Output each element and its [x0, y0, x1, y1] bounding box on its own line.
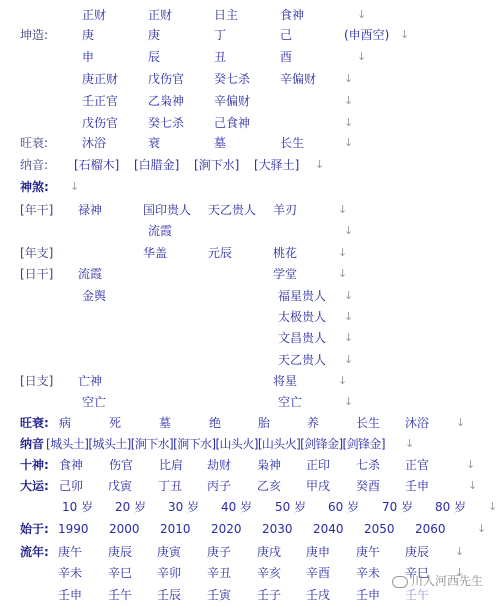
annual-pillar: 庚午 [58, 545, 82, 559]
wechat-icon [392, 576, 408, 588]
arrow-icon: ↓ [357, 50, 366, 64]
arrow-icon: ↓ [70, 180, 79, 194]
annual-pillar: 庚子 [207, 545, 231, 559]
ten-god-value: 食神 [59, 458, 83, 472]
luck-age: 60 岁 [328, 500, 359, 514]
ten-god-value: 比肩 [159, 458, 183, 472]
nayin-value: [大驿土] [254, 158, 299, 172]
nayin-value: [石榴木] [74, 158, 119, 172]
cycle-nayin-label: 纳音 [20, 437, 44, 451]
start-years-label: 始于: [20, 522, 49, 536]
luck-age: 20 岁 [115, 500, 146, 514]
stem-month: 庚 [148, 28, 160, 42]
luck-age: 50 岁 [275, 500, 306, 514]
hidden-stem: 己食神 [214, 116, 250, 130]
shensha-group-label: [日干] [20, 267, 53, 281]
arrow-icon: ↓ [344, 136, 353, 150]
shensha-item: 空亡 [82, 395, 106, 409]
ten-god-day: 日主 [214, 8, 238, 22]
arrow-icon: ↓ [338, 374, 347, 388]
annual-pillar: 庚辰 [405, 545, 429, 559]
wangshuai-value: 长生 [280, 136, 304, 150]
shensha-group-label: [年支] [20, 246, 53, 260]
start-year: 2060 [415, 522, 446, 536]
annual-pillar: 壬午 [405, 588, 429, 602]
ten-god-value: 伤官 [109, 458, 133, 472]
shensha-item: 空亡 [278, 395, 302, 409]
shensha-group-label: [年干] [20, 203, 53, 217]
luck-pillar: 甲戌 [306, 479, 330, 493]
annual-pillar: 辛未 [356, 566, 380, 580]
shensha-item: 华盖 [143, 246, 167, 260]
ten-god-value: 枭神 [257, 458, 281, 472]
hidden-stem: 辛偏财 [280, 72, 316, 86]
hidden-stem: 辛偏财 [214, 94, 250, 108]
start-year: 2040 [313, 522, 344, 536]
cycle-wangshuai-value: 死 [109, 416, 121, 430]
annual-pillar: 壬午 [108, 588, 132, 602]
ten-god-value: 正官 [405, 458, 429, 472]
hidden-stem: 癸七杀 [214, 72, 250, 86]
annual-pillar: 辛卯 [157, 566, 181, 580]
annual-pillar: 辛酉 [306, 566, 330, 580]
hidden-stem: 癸七杀 [148, 116, 184, 130]
branch-day: 丑 [214, 50, 226, 64]
shensha-item: 太极贵人 [278, 310, 326, 324]
start-year: 2050 [364, 522, 395, 536]
wangshuai-value: 衰 [148, 136, 160, 150]
start-year: 2020 [211, 522, 242, 536]
shensha-item: 天乙贵人 [208, 203, 256, 217]
luck-pillar: 戊寅 [108, 479, 132, 493]
arrow-icon: ↓ [477, 522, 486, 536]
shensha-item: 桃花 [273, 246, 297, 260]
start-year: 2030 [262, 522, 293, 536]
arrow-icon: ↓ [338, 246, 347, 260]
branch-month: 辰 [148, 50, 160, 64]
luck-age: 40 岁 [221, 500, 252, 514]
ten-gods-label: 十神: [20, 458, 49, 472]
luck-pillar: 己卯 [59, 479, 83, 493]
annual-pillar: 壬辰 [157, 588, 181, 602]
hidden-stem: 戊伤官 [82, 116, 118, 130]
arrow-icon: ↓ [344, 94, 353, 108]
luck-age: 70 岁 [382, 500, 413, 514]
luck-age: 10 岁 [62, 500, 93, 514]
annual-pillar: 庚戌 [257, 545, 281, 559]
luck-pillars-label: 大运: [20, 479, 49, 493]
arrow-icon: ↓ [468, 479, 477, 493]
arrow-icon: ↓ [344, 116, 353, 130]
shensha-item: 学堂 [273, 267, 297, 281]
annual-pillar: 辛亥 [257, 566, 281, 580]
start-year: 2000 [109, 522, 140, 536]
shensha-item: 元辰 [208, 246, 232, 260]
cycle-wangshuai-value: 养 [307, 416, 319, 430]
shensha-item: 福星贵人 [278, 289, 326, 303]
annual-pillar: 壬申 [58, 588, 82, 602]
ten-god-year: 正财 [82, 8, 106, 22]
arrow-icon: ↓ [338, 267, 347, 281]
annual-pillar: 壬申 [356, 588, 380, 602]
stem-day: 丁 [214, 28, 226, 42]
watermark-text: 川人河西先生 [411, 574, 483, 588]
arrow-icon: ↓ [344, 331, 353, 345]
start-year: 1990 [58, 522, 89, 536]
cycle-wangshuai-value: 长生 [356, 416, 380, 430]
ten-god-value: 劫财 [207, 458, 231, 472]
cycle-nayin-text: [城头土][城头土][涧下水][涧下水][山头火][山头火][剑锋金][剑锋金] [46, 437, 385, 451]
ten-god-hour: 食神 [280, 8, 304, 22]
shensha-item: 天乙贵人 [278, 353, 326, 367]
arrow-icon: ↓ [488, 500, 497, 514]
branch-hour: 酉 [280, 50, 292, 64]
arrow-icon: ↓ [344, 289, 353, 303]
stem-year: 庚 [82, 28, 94, 42]
arrow-icon: ↓ [344, 395, 353, 409]
arrow-icon: ↓ [315, 158, 324, 172]
gender-label: 坤造: [20, 28, 48, 42]
shensha-item: 将星 [273, 374, 297, 388]
wangshuai-value: 墓 [214, 136, 226, 150]
luck-age: 80 岁 [435, 500, 466, 514]
shensha-item: 金舆 [82, 289, 106, 303]
shensha-item: 文昌贵人 [278, 331, 326, 345]
void-note: (申酉空) [344, 28, 389, 42]
stem-hour: 己 [280, 28, 292, 42]
nayin-value: [涧下水] [194, 158, 239, 172]
arrow-icon: ↓ [338, 203, 347, 217]
cycle-wangshuai-value: 墓 [159, 416, 171, 430]
luck-age: 30 岁 [168, 500, 199, 514]
annual-pillar: 庚寅 [157, 545, 181, 559]
shensha-item: 亡神 [78, 374, 102, 388]
branch-year: 申 [82, 50, 94, 64]
luck-pillar: 壬申 [405, 479, 429, 493]
annual-pillar: 壬戌 [306, 588, 330, 602]
arrow-icon: ↓ [466, 458, 475, 472]
nayin-label: 纳音: [20, 158, 48, 172]
shensha-item: 国印贵人 [143, 203, 191, 217]
nayin-value: [白腊金] [134, 158, 179, 172]
annual-pillar: 庚申 [306, 545, 330, 559]
hidden-stem: 壬正官 [82, 94, 118, 108]
cycle-wangshuai-value: 沐浴 [405, 416, 429, 430]
luck-pillar: 丙子 [207, 479, 231, 493]
ten-god-value: 正印 [306, 458, 330, 472]
arrow-icon: ↓ [344, 353, 353, 367]
luck-pillar: 癸酉 [356, 479, 380, 493]
cycle-wangshuai-value: 胎 [258, 416, 270, 430]
arrow-icon: ↓ [344, 224, 353, 238]
annual-pillar: 辛未 [58, 566, 82, 580]
luck-pillar: 丁丑 [158, 479, 182, 493]
hidden-stem: 乙枭神 [148, 94, 184, 108]
arrow-icon: ↓ [357, 8, 366, 22]
luck-pillar: 乙亥 [257, 479, 281, 493]
hidden-stem: 庚正财 [82, 72, 118, 86]
annual-pillar: 庚辰 [108, 545, 132, 559]
watermark: 川人河西先生 [392, 574, 483, 588]
annual-pillar: 庚午 [356, 545, 380, 559]
shensha-label: 神煞: [20, 180, 49, 194]
wangshuai-value: 沐浴 [82, 136, 106, 150]
start-year: 2010 [160, 522, 191, 536]
annual-pillar: 壬子 [257, 588, 281, 602]
arrow-icon: ↓ [344, 310, 353, 324]
arrow-icon: ↓ [405, 437, 414, 451]
shensha-item: 禄神 [78, 203, 102, 217]
annual-pillar: 壬寅 [207, 588, 231, 602]
arrow-icon: ↓ [455, 545, 464, 559]
hidden-stem: 戊伤官 [148, 72, 184, 86]
wangshuai-label: 旺衰: [20, 136, 48, 150]
cycle-wangshuai-value: 绝 [209, 416, 221, 430]
shensha-item: 流霞 [78, 267, 102, 281]
ten-god-value: 七杀 [356, 458, 380, 472]
arrow-icon: ↓ [456, 416, 465, 430]
arrow-icon: ↓ [400, 28, 409, 42]
shensha-group-label: [日支] [20, 374, 53, 388]
cycle-wangshuai-value: 病 [59, 416, 71, 430]
arrow-icon: ↓ [344, 72, 353, 86]
annual-label: 流年: [20, 545, 49, 559]
shensha-item: 流霞 [148, 224, 172, 238]
annual-pillar: 辛丑 [207, 566, 231, 580]
cycle-wangshuai-label: 旺衰: [20, 416, 49, 430]
annual-pillar: 辛巳 [108, 566, 132, 580]
ten-god-month: 正财 [148, 8, 172, 22]
shensha-item: 羊刃 [273, 203, 297, 217]
